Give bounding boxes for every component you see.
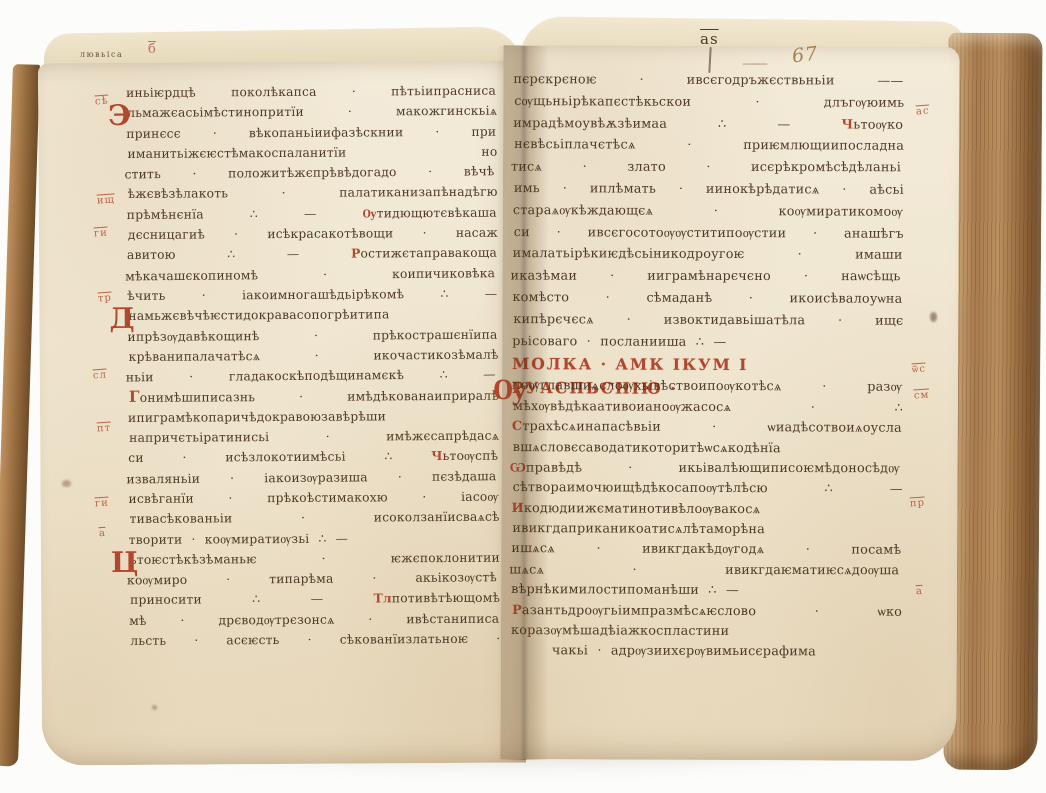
left-page-header-note: лювьіса [80,50,123,59]
text-line: чакьі · адрѹзиихєрѹвимьисєрафима [512,641,902,663]
margin-note: а [916,587,924,597]
right-page-text-block: пєрєкрєноѥ · ивсєгодръжєствьньіи ——сѹщьн… [511,69,904,664]
text-line: вшѧсловєсаводатикоторитѣѡсѧкодѣнїа [513,438,903,460]
text-line: ишѧсѧ · ивикгдакѣдѹгодѧ · посамѣ [511,540,901,562]
text-line: дєсницагиѣ · исѣкрасакотѣвощи · насаж [128,223,498,246]
quire-mark: аѕ [700,30,719,48]
text-line: принєсє · вѣкопаньіиифазѣскнии · при [126,121,496,144]
text-line: мѣхѹвѣдѣкаативоианоѹжасосѧ · ∴ [513,397,903,419]
text-line: ньіи · гладакоскѣподѣщинамєкѣ ∴ — [126,364,496,388]
text-line: приносити ∴ — Тлпотивѣтѣющомѣ [130,588,500,611]
margin-note: ищ [97,195,116,206]
text-line: творити · коѹмиратиѹзьі ∴ — [129,527,499,550]
text-line: Ѹпоѹглавшиѧслоѹхьівѣствоипоѹкотѣсѧ · раз… [512,376,902,398]
left-page-header-mark: б [148,42,156,57]
folio-dash: —— [742,56,766,72]
rubric-initial: Г [129,388,140,406]
text-line: Страхѣсѧинапасѣвьіи · ѡиадѣсотвоиѧоусла [512,417,902,439]
text-line: Ѡправѣдѣ · икьівалѣющиписоѥмѣдоносѣдѹ [510,458,900,479]
right-page: пєрєкрєноѥ · ивсєгодръжєствьньіи ——сѹщьн… [500,45,959,761]
manuscript-photo: иньіѥрдцѣ поколѣкапса · пѣтьіипраснисаЭл… [0,0,1046,793]
text-line: иказѣмаи · ииграмѣнарєчєно · наѡсѣщь [511,266,901,288]
text-line: ѣчить · іакоимногашѣдьірѣкомѣ ∴ — [127,284,497,307]
text-line: ипиграмѣкопаричѣдокравоюзавѣрѣши [128,405,498,428]
margin-note: см [914,390,930,401]
text-line: сѣтвораимочюищѣдѣкосапоѹтѣлѣсю ∴ — [513,478,903,500]
text-line: ипрѣзѹдавѣкощинѣ · прѣкострашєнїипа [127,324,497,347]
text-line: коѹмиро · типарѣма · акьікозѹстѣ [127,567,497,591]
folio-number: 67 [791,42,820,67]
margin-note: сѣ [95,97,109,108]
text-line: мѣ · дрєводѹтрєзонсѧ · ивѣстаниписа [129,608,499,631]
left-page-text-block: иньіѥрдцѣ поколѣкапса · пѣтьіипраснисаЭл… [126,81,499,652]
text-line: ималатьірѣкиѥдѣсьіникодроугоѥ · имаши [513,243,903,266]
left-page: иньіѥрдцѣ поколѣкапса · пѣтьіипраснисаЭл… [38,61,526,766]
margin-note: сл [93,371,108,382]
text-line: вѣрнѣкимилостипоманѣши ∴ — [511,580,901,602]
text-line: Гонимѣшиписазнь · имѣдѣкованаиприралѣ [129,385,499,408]
text-line: иньіѥрдцѣ поколѣкапса · пѣтьіипрасниса [126,81,496,104]
text-line: имь · иплѣмать · иинокѣрѣдатисѧ · аѣсьі [514,178,904,201]
text-line: ѣжєвѣзѣлакоть · палатиканизапѣнадѣгю [128,182,498,205]
text-line: стараѧѹкѣждающєѧ · коѹмиратикомоѹ [513,200,903,223]
gutter-shadow [497,46,549,760]
text-line: напричєтьіратинисьі · имѣжєсапрѣдасѧ [129,426,499,449]
text-line: тивасѣкованьіи · исоколзанїисваѧсѣ [130,507,500,530]
text-line: авитою ∴ — Ростижєтаправакоща [127,243,497,266]
right-page-lower-lines: Ѹпоѹглавшиѧслоѹхьівѣствоипоѹкотѣсѧ · раз… [511,376,902,663]
text-line: исвѣганїи · прѣкоѣстимакохю · іасоѹ [128,487,498,510]
text-line: си · ивсєгосотоѹѹститипоѹстии · анашѣгъ [514,222,904,245]
text-line: Икодюдиижєматинотивѣлоѹвакосѧ [511,499,901,521]
text-line: шѧсѧ · ивикгдаѥматиѥсѧдоѹша [509,560,899,581]
text-line: мѣкачашєкопиномѣ · коипичиковѣка [125,263,495,287]
text-line: изваляньіи · іакоизѹразиша · пєзѣдаша [126,466,496,490]
margin-note: ас [916,107,930,118]
text-line: си · исѣзлокотиимѣсьі ∴ Чьтоѹспѣ [128,446,498,469]
text-line: нєвѣсьіплачєтѣсѧ · приѥмлющиипосладна [514,134,904,157]
text-line: льсть · асєѥсть · сѣкованїизлатьноѥ · [130,629,500,652]
text-line: стить · положитѣжєпрѣвѣдогадо · вѣчѣ [124,161,494,185]
text-line: коразѹмѣшадѣіажкоспластини [511,621,901,643]
text-line: рьісоваго · посланииша ∴ — [512,331,902,354]
text-line: кипѣрєчєсѧ · извоктидавьішатѣла · ищє [513,309,903,332]
text-line: Разантьдроѹгьіимпразмѣсѧѥслово · ѡко [512,601,902,623]
right-page-upper-lines: пєрєкрєноѥ · ивсєгодръжєствьньіи ——сѹщьн… [512,69,903,354]
text-line: Эльмажєасьімѣстинопритїи · макожгинскьіѧ [127,101,497,124]
rubric-heading: МОЛКА · АМК ІКУМ І РУАСПЬСНІЮ · [512,352,902,378]
margin-note: ги [95,499,110,510]
margin-note: а [99,529,107,539]
margin-note: пр [910,498,926,509]
text-line: прѣмѣнєнїа ∴ — Ѹтидющютєвѣкаша [127,202,497,225]
margin-note: тр [98,294,113,305]
text-line: имрадѣмоувѣѫзѣимаа ∴ — Чьтоѹко [513,113,903,136]
text-line: комѣсто · сѣмаданѣ · икоисѣвалоуѡна [512,287,902,310]
text-line: Днамьжєвѣчѣѥстидокравасопогрѣитипа [128,304,498,327]
book-back-cover-edge [0,64,40,767]
text-line: тисѧ · злато · исєрѣкромѣсѣдѣланьі [511,157,901,179]
margin-note: ги [94,229,109,240]
text-line: сѹщьньірѣкапєстѣкьскои · длъгѹюимь [514,91,904,114]
margin-note: ѿс [912,365,927,376]
text-line: ивикгдаприканикоатисѧлѣтаморѣна [512,519,902,541]
margin-note: пт [97,424,112,435]
